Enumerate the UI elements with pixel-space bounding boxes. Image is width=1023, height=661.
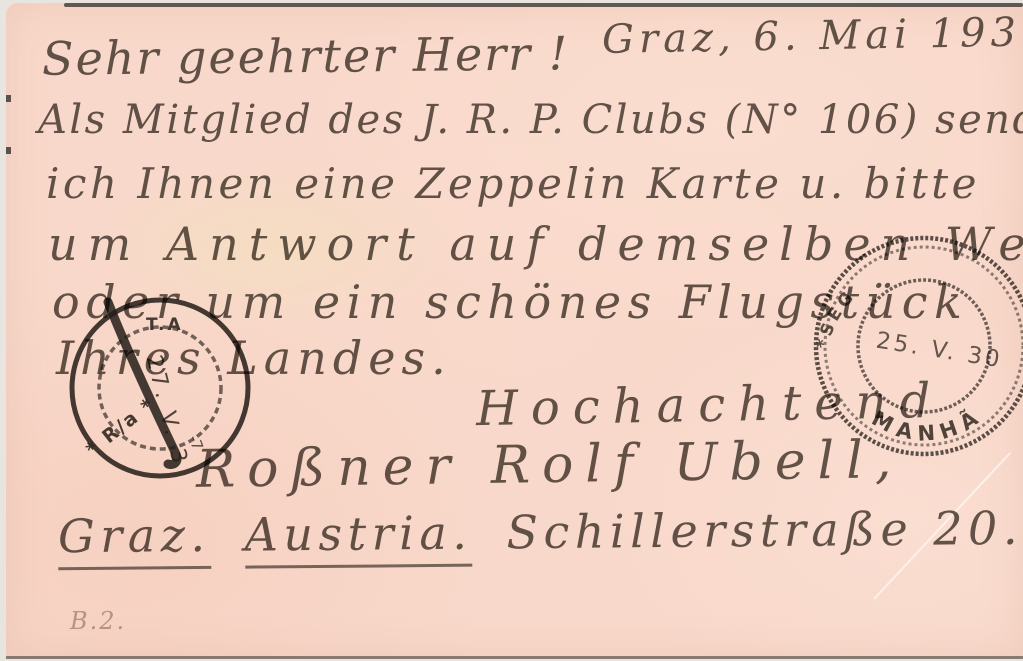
address-country: Austria. (244, 506, 472, 569)
salutation-line: Sehr geehrter Herr ! (42, 26, 570, 86)
postmark-left: T.A 27. V. 3 -7 * R/a * (58, 296, 268, 486)
postmark-left-top-text: T.A (146, 315, 184, 335)
scanned-postcard: Graz, 6. Mai 1930 Sehr geehrter Herr ! A… (0, 0, 1023, 661)
address-city: Graz. (58, 508, 211, 570)
postmark-right-bottom-text: MANHÃ (868, 402, 988, 446)
postmark-right-date: 25. V. 30 (874, 328, 1004, 374)
pencil-note: B.2. (70, 607, 126, 635)
edge-specks (6, 95, 11, 102)
body-line-1: Als Mitglied des J. R. P. Clubs (N° 106)… (38, 97, 1023, 143)
body-line-2: ich Ihnen eine Zeppelin Karte u. bitte (46, 159, 980, 208)
scan-bottom-edge (6, 656, 1023, 659)
dateline: Graz, 6. Mai 1930 (602, 9, 1023, 63)
postmark-right: *SEG 25. V. 30 MANHÃ (804, 231, 1023, 471)
address-line: Graz. Austria. Schillerstraße 20. (58, 501, 1023, 564)
scan-top-edge (64, 3, 1023, 7)
signature-line: Roßner Rolf Ubell, (196, 430, 904, 500)
postcard-card: Graz, 6. Mai 1930 Sehr geehrter Herr ! A… (6, 3, 1023, 659)
address-street: Schillerstraße 20. (506, 501, 1023, 560)
